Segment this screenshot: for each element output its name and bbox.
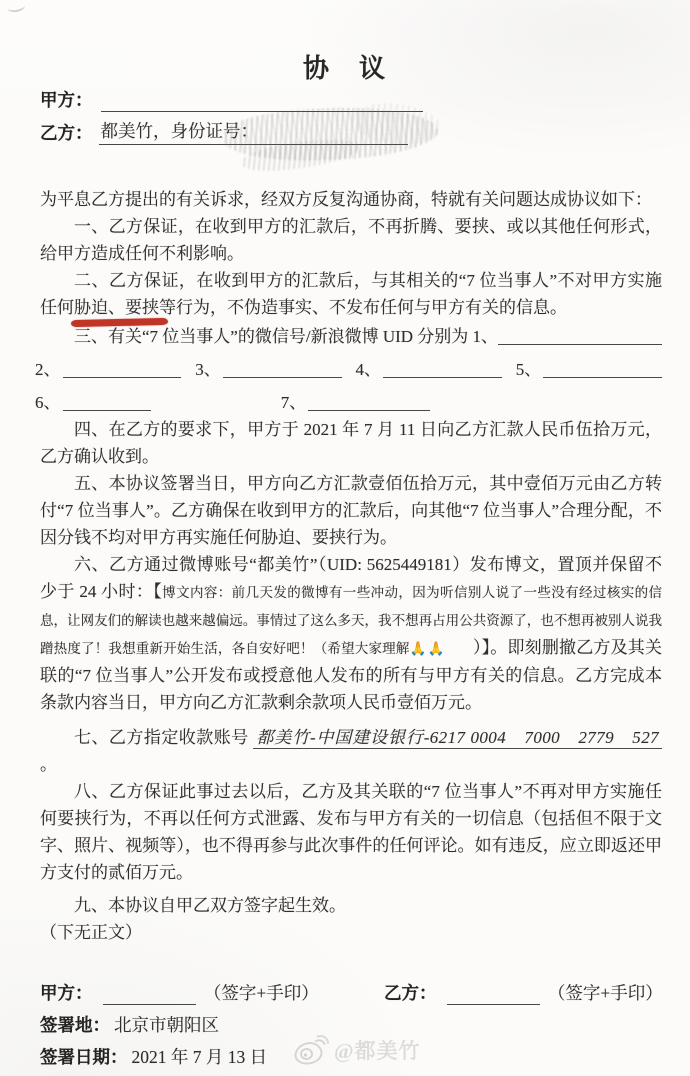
weibo-watermark: @都美竹 xyxy=(293,1034,421,1066)
uid-entry: 3、 xyxy=(195,356,341,383)
party-b-signature-blank xyxy=(447,986,540,1005)
uid-blank-row-2: 6、 7、 xyxy=(35,383,662,416)
party-a-signature-blank xyxy=(103,986,196,1005)
clause-7: 七、乙方指定收款账号 都美竹-中国建设银行-6217 0004 7000 277… xyxy=(40,724,662,778)
uid-label-5: 5、 xyxy=(516,356,542,383)
party-b-signature-suffix: （签字+手印） xyxy=(548,980,662,1007)
uid-entry: 7、 xyxy=(281,389,431,416)
clause-8: 八、乙方保证此事过去以后，乙方及其关联的“7 位当事人”不再对甲方实施任何要挟行… xyxy=(40,778,662,886)
clause-2: 二、乙方保证，在收到甲方的汇款后，与其相关的“7 位当事人”不对甲方实施任何胁迫… xyxy=(40,267,662,321)
party-b-label: 乙方： xyxy=(40,120,93,145)
uid-entry: 5、 xyxy=(516,356,662,383)
uid-label-4: 4、 xyxy=(356,356,382,383)
weibo-icon xyxy=(293,1034,329,1066)
party-a-signature-suffix: （签字+手印） xyxy=(204,980,318,1007)
uid-blank-4 xyxy=(383,371,502,378)
clause-6-quote-gap xyxy=(446,641,473,656)
clause-4: 四、在乙方的要求下，甲方于 2021 年 7 月 11 日向乙方汇款人民币伍拾万… xyxy=(40,416,662,470)
party-b-id-blank xyxy=(260,126,408,145)
party-a-blank-line xyxy=(101,93,423,112)
signing-place-label: 签署地： xyxy=(40,1015,110,1035)
signing-date-label: 签署日期： xyxy=(40,1047,128,1067)
document-body: 为平息乙方提出的有关诉求，经双方反复沟通协商，特就有关问题达成协议如下： 一、乙… xyxy=(40,186,662,1071)
party-a-line: 甲方： xyxy=(40,86,660,112)
uid-blank-7 xyxy=(308,404,430,411)
uid-entry: 6、 xyxy=(35,389,267,416)
clause-9: 九、本协议自甲乙双方签字起生效。 xyxy=(40,892,662,919)
clause-1: 一、乙方保证，在收到甲方的汇款后，不再折腾、要挟、或以其他任何形式，给甲方造成任… xyxy=(40,213,662,267)
folded-hands-emoji: 🙏🙏 xyxy=(410,641,446,656)
clause-7-period: 。 xyxy=(40,755,57,774)
signature-party-b-label: 乙方： xyxy=(384,980,437,1007)
bank-account-value: 都美竹-中国建设银行-6217 0004 7000 2779 527 xyxy=(253,728,662,749)
uid-blank-3 xyxy=(223,371,342,378)
party-b-value: 都美竹，身份证号： xyxy=(99,118,261,145)
weibo-handle: @都美竹 xyxy=(334,1035,421,1065)
uid-blank-6 xyxy=(63,404,151,411)
document-title: 协 议 xyxy=(0,48,690,85)
signing-place-value: 北京市朝阳区 xyxy=(114,1015,219,1035)
uid-blank-row-1: 2、 3、 4、 5、 xyxy=(35,350,662,383)
signing-date-value: 2021 年 7 月 13 日 xyxy=(132,1047,268,1067)
uid-entry: 4、 xyxy=(356,356,502,383)
uid-label-2: 2、 xyxy=(35,356,61,383)
uid-label-3: 3、 xyxy=(195,356,221,383)
party-a-label: 甲方： xyxy=(40,87,93,112)
signature-row: 甲方： （签字+手印） 乙方： （签字+手印） xyxy=(40,980,662,1007)
clause-2-text-tail: 等行为，不伪造事实、不发布任何与甲方有关的信息。 xyxy=(159,298,567,317)
uid-entry: 2、 xyxy=(35,356,181,383)
uid-label-6: 6、 xyxy=(35,389,61,416)
clause-3-lead: 三、有关“7 位当事人”的微信号/新浪微博 UID 分别为 1、 xyxy=(40,323,498,350)
clause-5: 五、本协议签署当日，甲方向乙方汇款壹佰伍拾万元，其中壹佰万元由乙方转付“7 位当… xyxy=(40,470,662,551)
preamble: 为平息乙方提出的有关诉求，经双方反复沟通协商，特就有关问题达成协议如下： xyxy=(40,186,662,213)
clause-6: 六、乙方通过微博账号“都美竹”（UID: 5625449181）发布博文，置顶并… xyxy=(40,551,662,716)
scan-artifact xyxy=(6,0,26,13)
uid-label-7: 7、 xyxy=(281,389,307,416)
no-more-text-note: （下无正文） xyxy=(40,919,662,946)
party-b-line: 乙方： 都美竹，身份证号： xyxy=(40,119,660,145)
uid-blank-2 xyxy=(63,371,182,378)
clause-2-red-underlined-text: 胁迫、要挟 xyxy=(74,298,159,317)
signature-party-a-label: 甲方： xyxy=(40,980,93,1007)
uid-blank-1 xyxy=(498,338,662,345)
clause-7-text: 七、乙方指定收款账号 xyxy=(74,728,253,747)
uid-blank-5 xyxy=(543,371,662,378)
agreement-document: 协 议 甲方： 乙方： 都美竹，身份证号： 为平息乙方提出的有关诉求，经双方反复… xyxy=(0,0,690,1076)
